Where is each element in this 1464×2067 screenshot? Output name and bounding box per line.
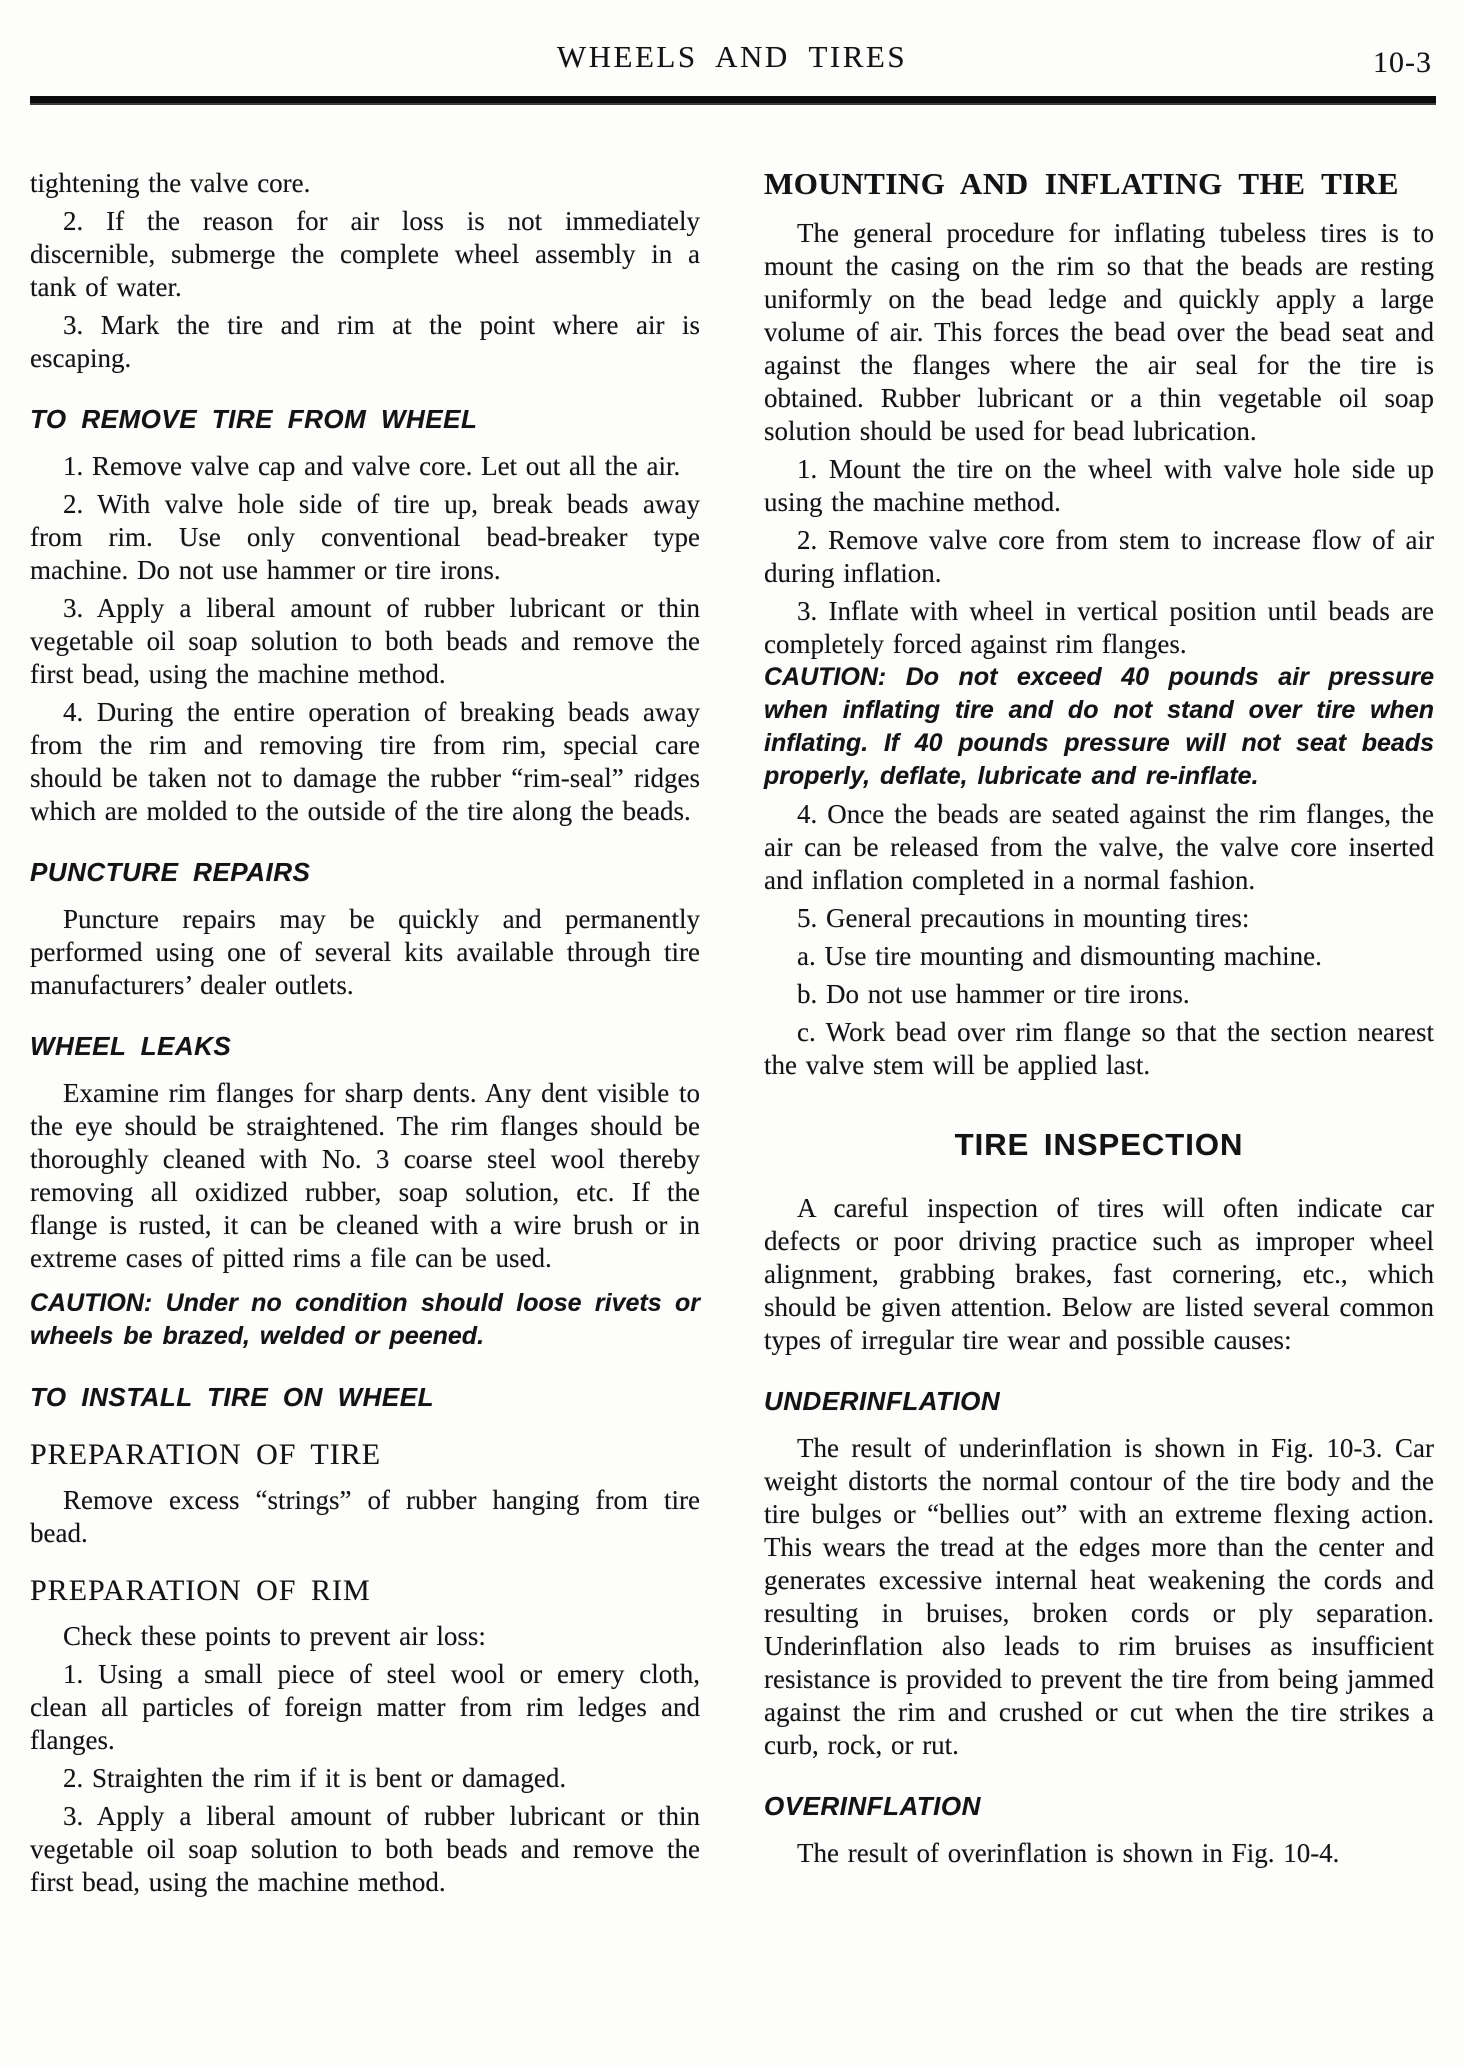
section-heading-tire-inspection: TIRE INSPECTION bbox=[764, 1128, 1434, 1162]
paragraph: The result of overinflation is shown in … bbox=[764, 1837, 1434, 1870]
numbered-step: 2. Remove valve core from stem to increa… bbox=[764, 524, 1434, 590]
numbered-step: 4. During the entire operation of breaki… bbox=[30, 696, 700, 828]
numbered-step: 3. Apply a liberal amount of rubber lubr… bbox=[30, 592, 700, 691]
caution-note: CAUTION: Under no condition should loose… bbox=[30, 1287, 700, 1353]
numbered-step: 3. Mark the tire and rim at the point wh… bbox=[30, 309, 700, 375]
left-column: tightening the valve core. 2. If the rea… bbox=[30, 167, 700, 1899]
numbered-step: 1. Mount the tire on the wheel with valv… bbox=[764, 453, 1434, 519]
numbered-step: 3. Apply a liberal amount of rubber lubr… bbox=[30, 1800, 700, 1899]
paragraph: A careful inspection of tires will often… bbox=[764, 1192, 1434, 1357]
numbered-step: 5. General precautions in mounting tires… bbox=[764, 902, 1434, 935]
numbered-step: 1. Using a small piece of steel wool or … bbox=[30, 1658, 700, 1757]
section-heading-wheel-leaks: WHEEL LEAKS bbox=[30, 1030, 700, 1063]
paragraph: Check these points to prevent air loss: bbox=[30, 1620, 700, 1653]
paragraph: Remove excess “strings” of rubber hangin… bbox=[30, 1484, 700, 1550]
numbered-step: 3. Inflate with wheel in vertical positi… bbox=[764, 595, 1434, 661]
section-heading-underinflation: UNDERINFLATION bbox=[764, 1385, 1434, 1418]
manual-page: WHEELS AND TIRES 10-3 tightening the val… bbox=[0, 0, 1464, 2067]
section-heading-mounting-inflating: MOUNTING AND INFLATING THE TIRE bbox=[764, 167, 1434, 201]
caution-note: CAUTION: Do not exceed 40 pounds air pre… bbox=[764, 661, 1434, 793]
numbered-step: 2. Straighten the rim if it is bent or d… bbox=[30, 1762, 700, 1795]
page-number: 10-3 bbox=[1373, 46, 1432, 80]
lettered-step: b. Do not use hammer or tire irons. bbox=[764, 978, 1434, 1011]
section-heading-overinflation: OVERINFLATION bbox=[764, 1790, 1434, 1823]
section-heading-remove-tire: TO REMOVE TIRE FROM WHEEL bbox=[30, 403, 700, 436]
numbered-step: 1. Remove valve cap and valve core. Let … bbox=[30, 450, 700, 483]
paragraph: The general procedure for inflating tube… bbox=[764, 217, 1434, 448]
numbered-step: 2. If the reason for air loss is not imm… bbox=[30, 205, 700, 304]
numbered-step: 4. Once the beads are seated against the… bbox=[764, 798, 1434, 897]
lettered-step: a. Use tire mounting and dismounting mac… bbox=[764, 940, 1434, 973]
header-rule bbox=[30, 96, 1436, 105]
paragraph: Examine rim flanges for sharp dents. Any… bbox=[30, 1077, 700, 1275]
lettered-step: c. Work bead over rim flange so that the… bbox=[764, 1016, 1434, 1082]
paragraph: Puncture repairs may be quickly and perm… bbox=[30, 903, 700, 1002]
subheading-preparation-of-rim: PREPARATION OF RIM bbox=[30, 1574, 700, 1608]
paragraph: The result of underinflation is shown in… bbox=[764, 1432, 1434, 1762]
section-heading-install-tire: TO INSTALL TIRE ON WHEEL bbox=[30, 1381, 700, 1414]
subheading-preparation-of-tire: PREPARATION OF TIRE bbox=[30, 1438, 700, 1472]
section-heading-puncture-repairs: PUNCTURE REPAIRS bbox=[30, 856, 700, 889]
page-header: WHEELS AND TIRES 10-3 bbox=[0, 0, 1464, 84]
right-column: MOUNTING AND INFLATING THE TIRE The gene… bbox=[764, 167, 1434, 1899]
numbered-step: 2. With valve hole side of tire up, brea… bbox=[30, 488, 700, 587]
running-title: WHEELS AND TIRES bbox=[0, 40, 1464, 74]
paragraph-continued: tightening the valve core. bbox=[30, 167, 700, 200]
two-column-layout: tightening the valve core. 2. If the rea… bbox=[0, 167, 1464, 1899]
